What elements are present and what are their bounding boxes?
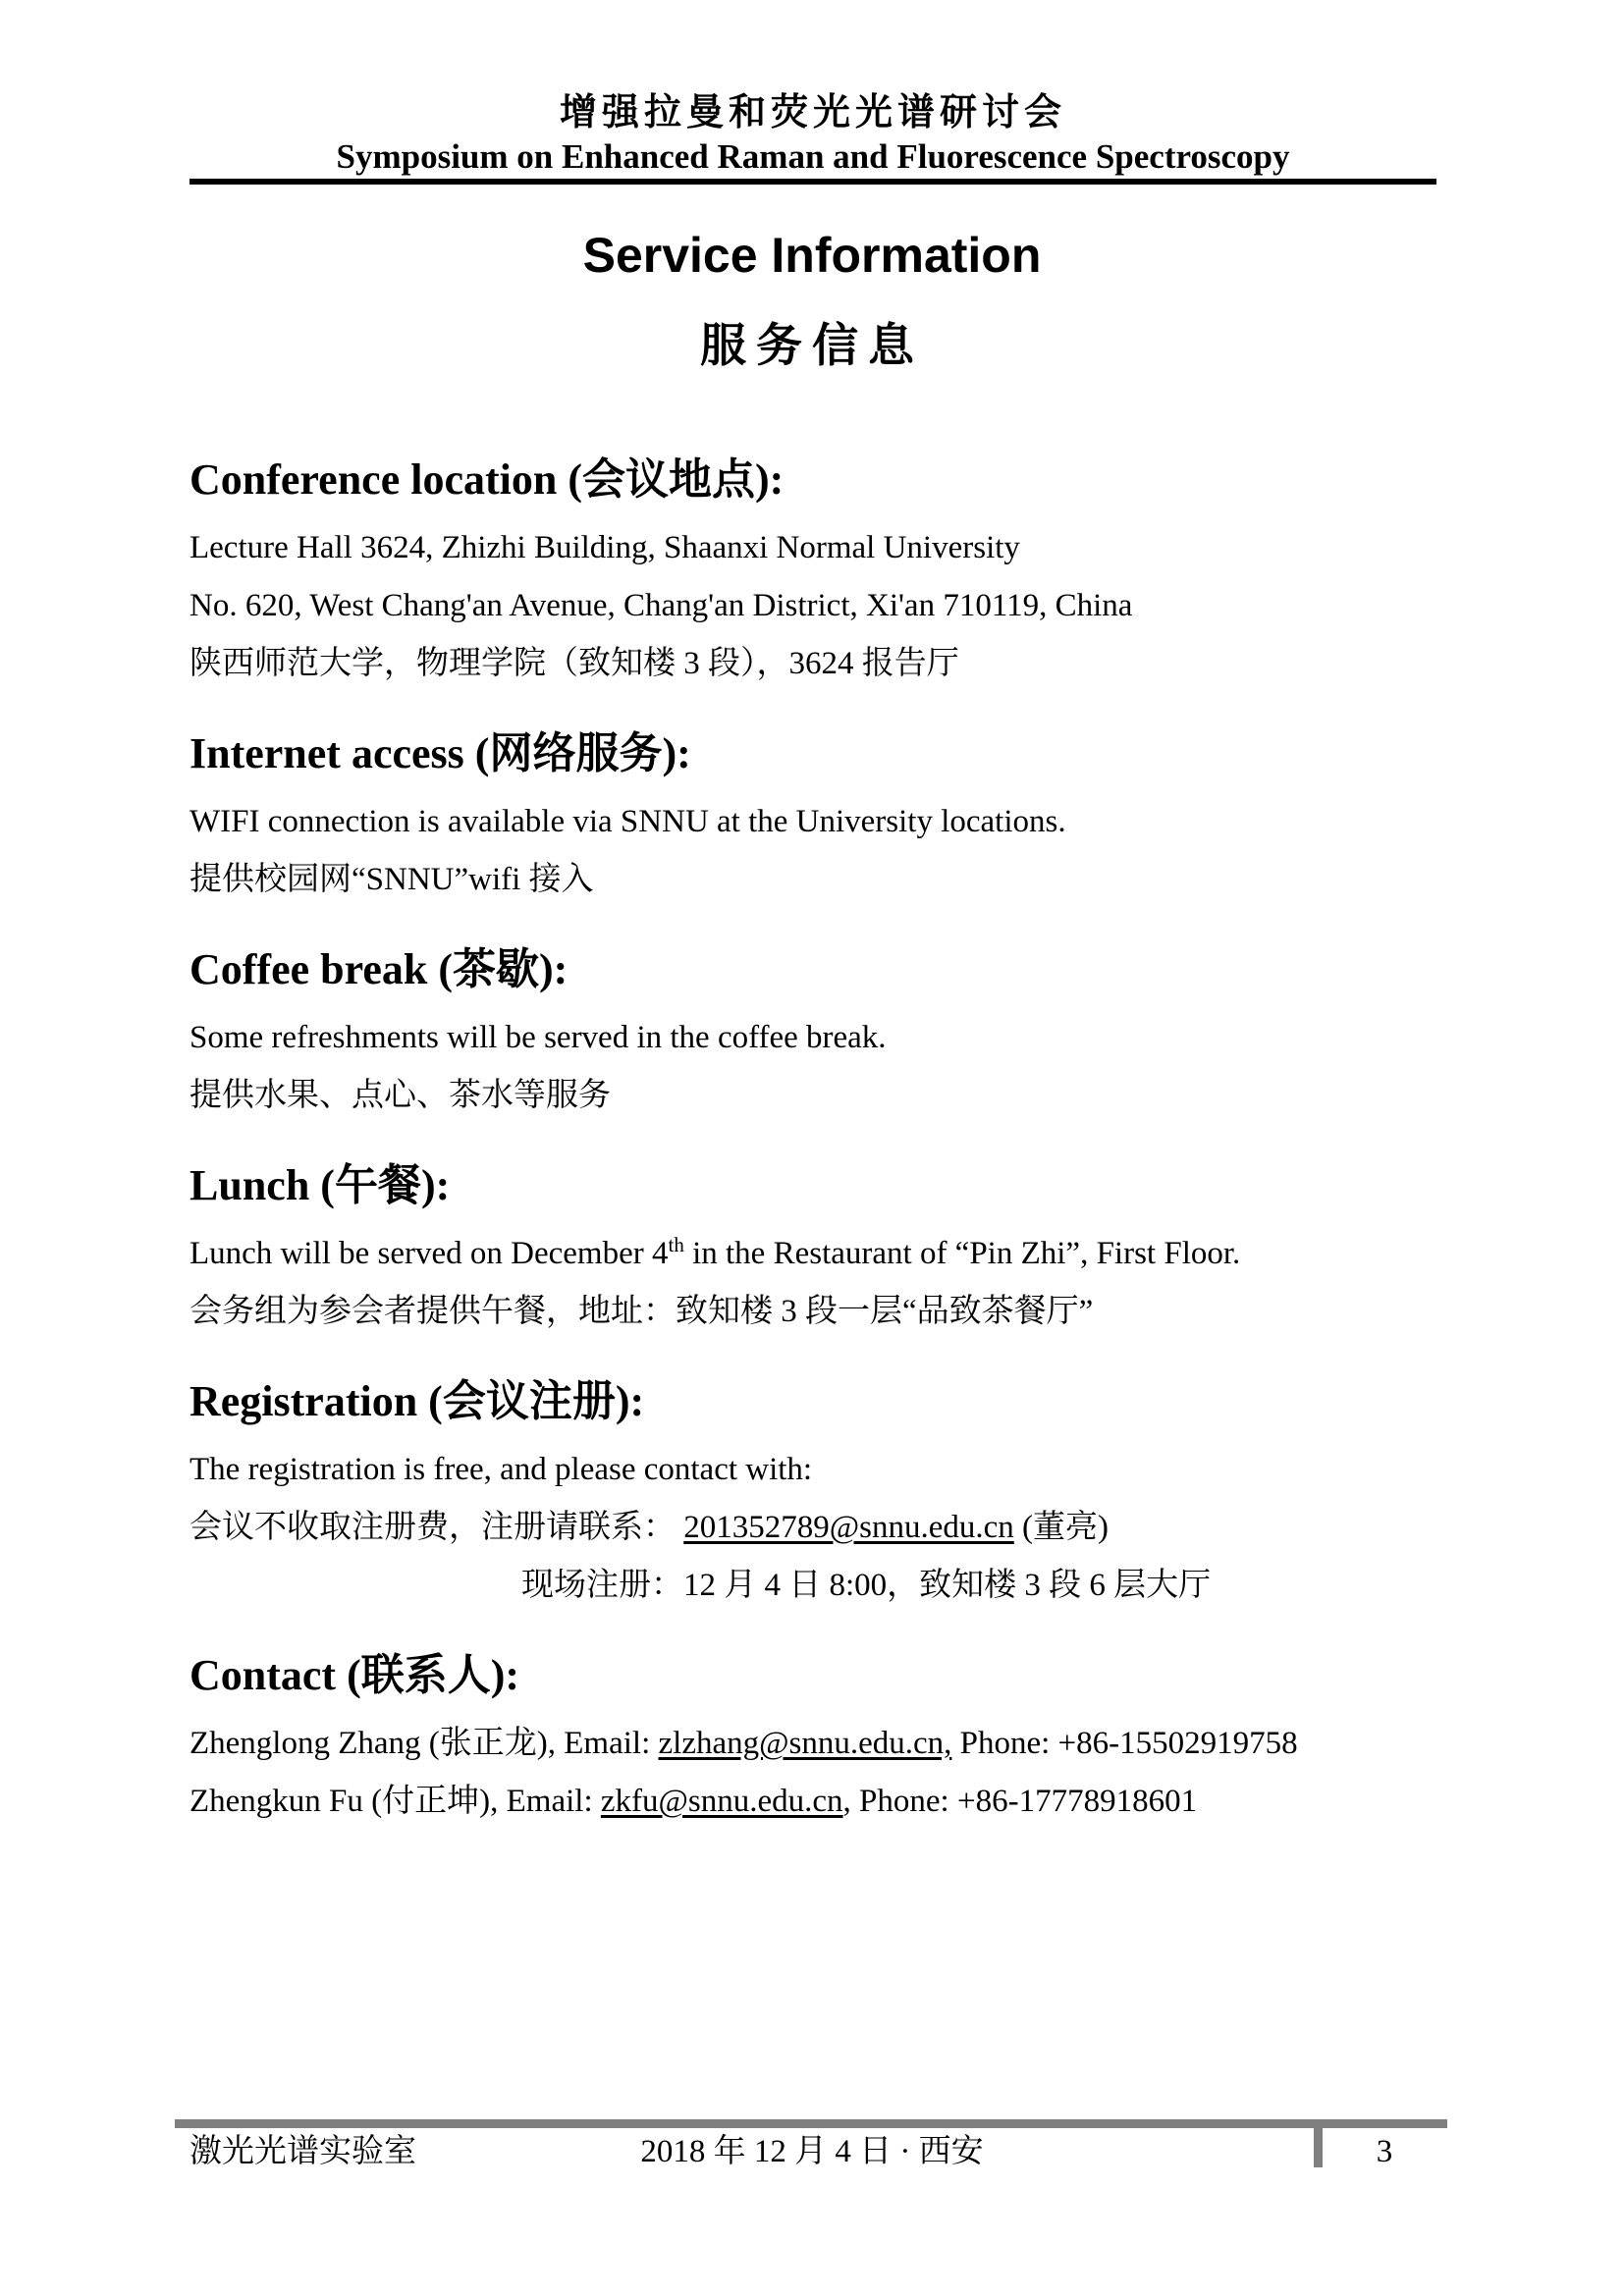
section-line: Some refreshments will be served in the …: [189, 1009, 1466, 1067]
registration-email-link[interactable]: 201352789@snnu.edu.cn: [683, 1510, 1014, 1545]
text-segment: Zhenglong Zhang (张正龙), Email:: [189, 1726, 659, 1761]
text-segment: WIFI connection is available via SNNU at…: [189, 804, 1066, 839]
contact-email-link-1[interactable]: zlzhang@snnu.edu.cn,: [659, 1726, 952, 1761]
document-page: 增强拉曼和荧光光谱研讨会 Symposium on Enhanced Raman…: [0, 0, 1624, 2296]
section-line: The registration is free, and please con…: [189, 1441, 1466, 1499]
section-heading: Lunch (午餐):: [189, 1160, 1466, 1211]
section-line: 会务组为参会者提供午餐，地址：致知楼 3 段一层“品致茶餐厅”: [189, 1283, 1466, 1341]
section-line: Lecture Hall 3624, Zhizhi Building, Shaa…: [189, 519, 1466, 577]
text-segment: , Phone: +86-17778918601: [843, 1784, 1198, 1819]
section-coffee-break: Coffee break (茶歇):Some refreshments will…: [189, 944, 1466, 1125]
text-segment: 会务组为参会者提供午餐，地址：致知楼 3 段一层“品致茶餐厅”: [189, 1294, 1093, 1329]
text-segment: 提供水果、点心、茶水等服务: [189, 1078, 611, 1113]
text-segment: Phone: +86-15502919758: [951, 1726, 1297, 1761]
text-segment: 现场注册：12 月 4 日 8:00，致知楼 3 段 6 层大厅: [521, 1568, 1211, 1603]
page-title: Service Information: [0, 230, 1624, 281]
text-segment: Some refreshments will be served in the …: [189, 1020, 887, 1055]
text-segment: 会议不收取注册费，注册请联系：: [189, 1510, 683, 1545]
section-line: WIFI connection is available via SNNU at…: [189, 793, 1466, 851]
document-header: 增强拉曼和荧光光谱研讨会 Symposium on Enhanced Raman…: [189, 90, 1436, 185]
text-segment: Lunch will be served on December 4: [189, 1236, 669, 1271]
header-title-english: Symposium on Enhanced Raman and Fluoresc…: [189, 135, 1436, 179]
page-title-chinese: 服务信息: [0, 320, 1624, 373]
text-segment: in the Restaurant of “Pin Zhi”, First Fl…: [684, 1236, 1240, 1271]
section-lunch: Lunch (午餐):Lunch will be served on Decem…: [189, 1160, 1466, 1341]
section-line: No. 620, West Chang'an Avenue, Chang'an …: [189, 577, 1466, 635]
section-registration: Registration (会议注册):The registration is …: [189, 1376, 1466, 1615]
superscript-text: th: [669, 1233, 684, 1256]
header-title-chinese: 增强拉曼和荧光光谱研讨会: [189, 90, 1436, 135]
text-segment: (董亮): [1014, 1510, 1109, 1545]
text-segment: Zhengkun Fu (付正坤), Email:: [189, 1784, 601, 1819]
section-line: 提供水果、点心、茶水等服务: [189, 1067, 1466, 1125]
section-line: Zhenglong Zhang (张正龙), Email: zlzhang@sn…: [189, 1715, 1466, 1773]
section-heading: Registration (会议注册):: [189, 1376, 1466, 1427]
sections-container: Conference location (会议地点):Lecture Hall …: [189, 447, 1466, 1831]
text-segment: Lecture Hall 3624, Zhizhi Building, Shaa…: [189, 530, 1020, 565]
text-segment: 提供校园网“SNNU”wifi 接入: [189, 862, 594, 897]
section-internet-access: Internet access (网络服务):WIFI connection i…: [189, 728, 1466, 909]
section-line: 陕西师范大学，物理学院（致知楼 3 段），3624 报告厅: [189, 635, 1466, 693]
text-segment: 陕西师范大学，物理学院（致知楼 3 段），3624 报告厅: [189, 646, 959, 681]
page-number: 3: [1335, 2132, 1434, 2171]
contact-email-link-2[interactable]: zkfu@snnu.edu.cn: [601, 1784, 843, 1819]
text-segment: No. 620, West Chang'an Avenue, Chang'an …: [189, 588, 1132, 623]
section-line: 会议不收取注册费，注册请联系： 201352789@snnu.edu.cn (董…: [189, 1499, 1466, 1557]
section-heading: Internet access (网络服务):: [189, 728, 1466, 779]
section-line: Lunch will be served on December 4th in …: [189, 1225, 1466, 1283]
text-segment: The registration is free, and please con…: [189, 1452, 812, 1487]
section-line: Zhengkun Fu (付正坤), Email: zkfu@snnu.edu.…: [189, 1773, 1466, 1831]
section-heading: Coffee break (茶歇):: [189, 944, 1466, 995]
section-conference-location: Conference location (会议地点):Lecture Hall …: [189, 454, 1466, 693]
section-heading: Conference location (会议地点):: [189, 454, 1466, 506]
section-line: 现场注册：12 月 4 日 8:00，致知楼 3 段 6 层大厅: [189, 1557, 1466, 1615]
section-heading: Contact (联系人):: [189, 1650, 1466, 1701]
section-line: 提供校园网“SNNU”wifi 接入: [189, 851, 1466, 909]
section-contact: Contact (联系人):Zhenglong Zhang (张正龙), Ema…: [189, 1650, 1466, 1831]
footer-rule: [175, 2119, 1447, 2128]
